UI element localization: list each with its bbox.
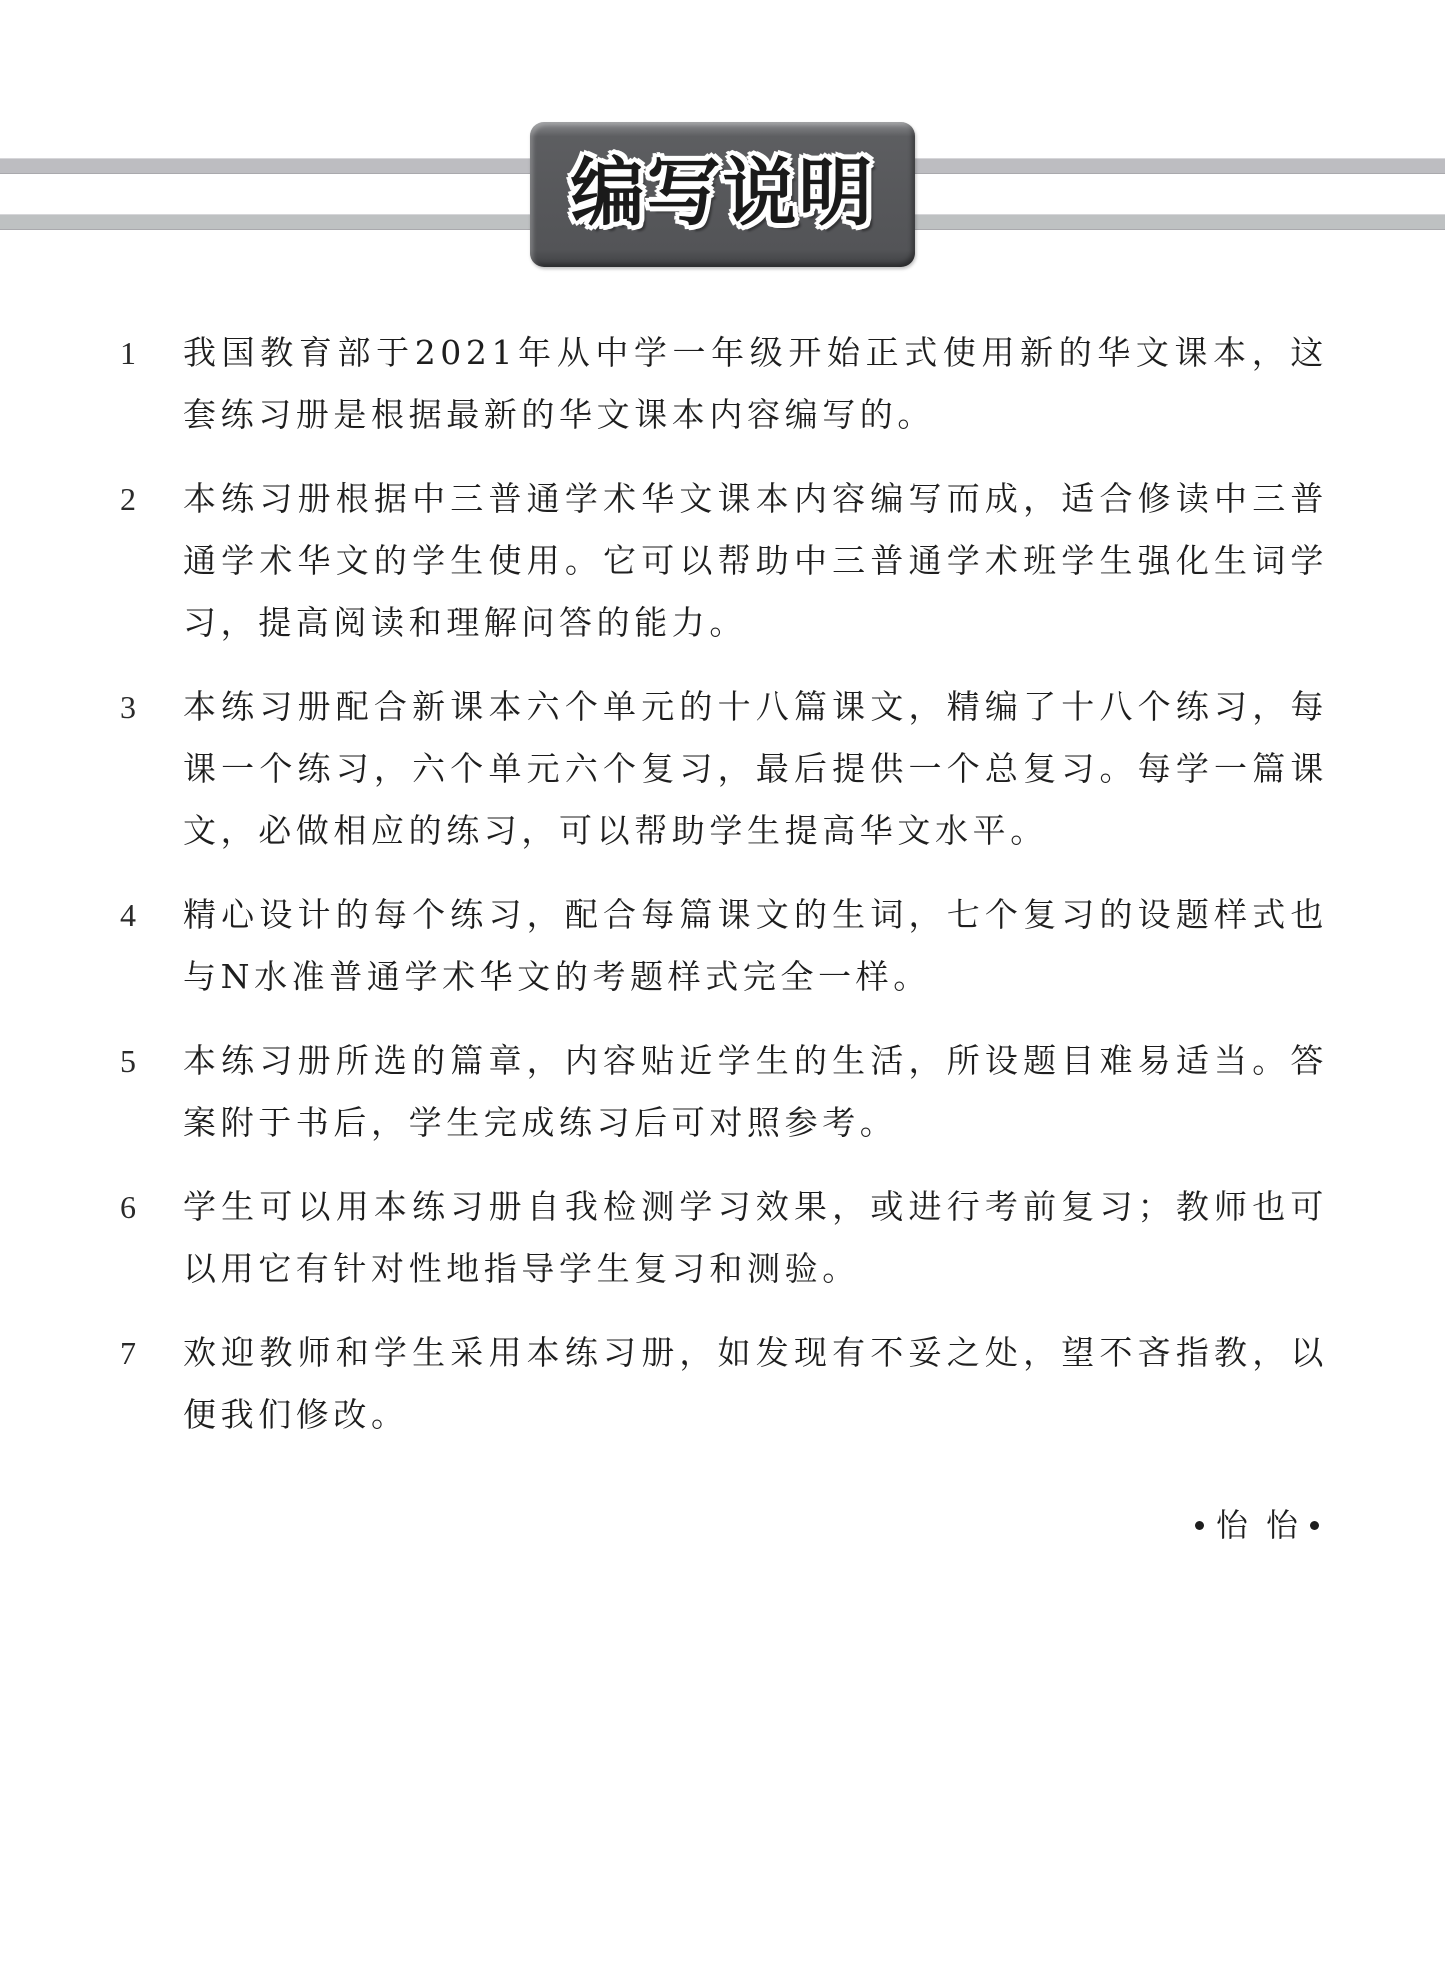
title-box: 编写说明 bbox=[530, 122, 915, 267]
page-title: 编写说明 bbox=[571, 156, 875, 230]
item-text: 精心设计的每个练习，配合每篇课文的生词，七个复习的设题样式也与N水准普通学术华文… bbox=[183, 884, 1328, 1008]
item-number: 7 bbox=[120, 1322, 150, 1384]
item-text: 本练习册所选的篇章，内容贴近学生的生活，所设题目难易适当。答案附于书后，学生完成… bbox=[183, 1030, 1328, 1154]
instructions-list: 1 我国教育部于2021年从中学一年级开始正式使用新的华文课本，这套练习册是根据… bbox=[0, 322, 1445, 1468]
list-item: 1 我国教育部于2021年从中学一年级开始正式使用新的华文课本，这套练习册是根据… bbox=[0, 322, 1445, 446]
list-item: 4 精心设计的每个练习，配合每篇课文的生词，七个复习的设题样式也与N水准普通学术… bbox=[0, 884, 1445, 1008]
item-text: 学生可以用本练习册自我检测学习效果，或进行考前复习；教师也可以用它有针对性地指导… bbox=[183, 1176, 1328, 1300]
bullet-dot-icon bbox=[1195, 1521, 1204, 1530]
list-item: 5 本练习册所选的篇章，内容贴近学生的生活，所设题目难易适当。答案附于书后，学生… bbox=[0, 1030, 1445, 1154]
item-text: 本练习册配合新课本六个单元的十八篇课文，精编了十八个练习，每课一个练习，六个单元… bbox=[183, 676, 1328, 862]
signature: 怡怡 bbox=[1195, 1500, 1319, 1550]
bullet-dot-icon bbox=[1310, 1521, 1319, 1530]
item-text: 我国教育部于2021年从中学一年级开始正式使用新的华文课本，这套练习册是根据最新… bbox=[183, 322, 1328, 446]
list-item: 6 学生可以用本练习册自我检测学习效果，或进行考前复习；教师也可以用它有针对性地… bbox=[0, 1176, 1445, 1300]
item-number: 1 bbox=[120, 322, 150, 384]
author-name: 怡怡 bbox=[1216, 1500, 1316, 1550]
item-text: 本练习册根据中三普通学术华文课本内容编写而成，适合修读中三普通学术华文的学生使用… bbox=[183, 468, 1328, 654]
item-number: 4 bbox=[120, 884, 150, 946]
header-band: 编写说明 bbox=[0, 0, 1445, 290]
list-item: 2 本练习册根据中三普通学术华文课本内容编写而成，适合修读中三普通学术华文的学生… bbox=[0, 468, 1445, 654]
list-item: 3 本练习册配合新课本六个单元的十八篇课文，精编了十八个练习，每课一个练习，六个… bbox=[0, 676, 1445, 862]
item-number: 5 bbox=[120, 1030, 150, 1092]
item-number: 6 bbox=[120, 1176, 150, 1238]
item-text: 欢迎教师和学生采用本练习册，如发现有不妥之处，望不吝指教，以便我们修改。 bbox=[183, 1322, 1328, 1446]
item-number: 3 bbox=[120, 676, 150, 738]
list-item: 7 欢迎教师和学生采用本练习册，如发现有不妥之处，望不吝指教，以便我们修改。 bbox=[0, 1322, 1445, 1446]
item-number: 2 bbox=[120, 468, 150, 530]
